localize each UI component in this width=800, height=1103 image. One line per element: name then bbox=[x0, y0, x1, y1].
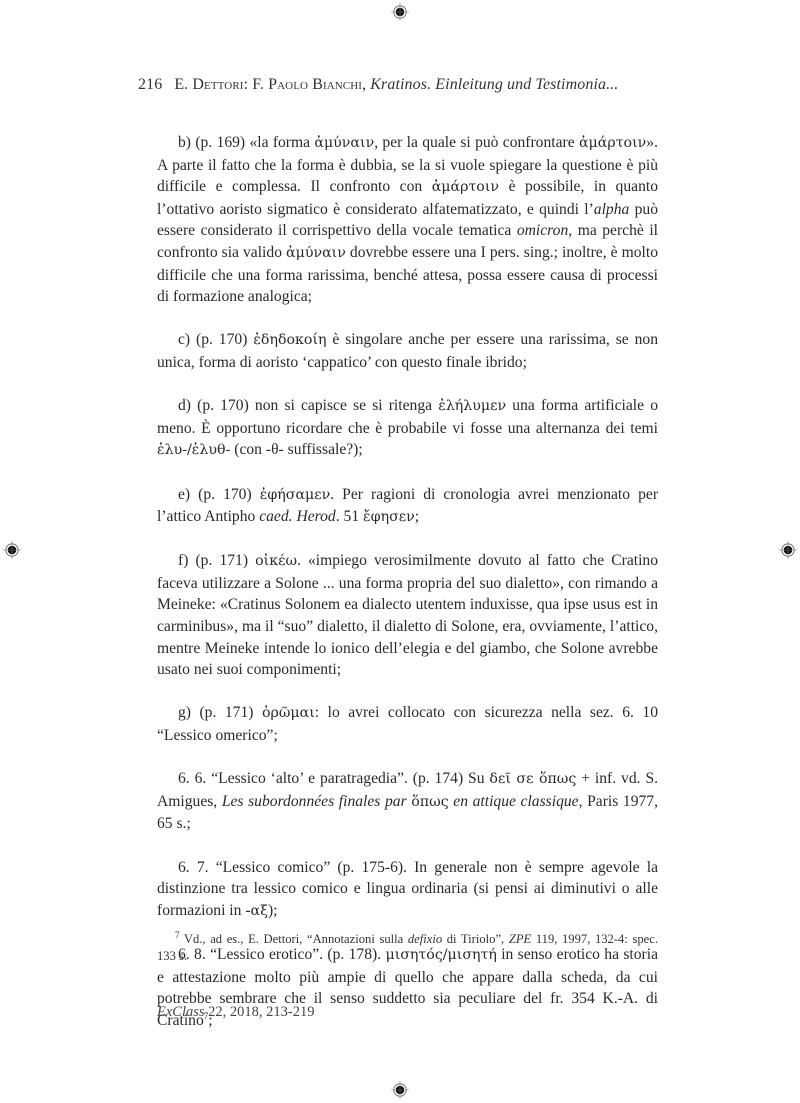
book-title: Kratinos. Einleitung und Testimonia... bbox=[370, 76, 618, 93]
registration-mark-icon bbox=[391, 1081, 409, 1099]
text-run: . 51 bbox=[336, 508, 363, 525]
text-run: , per la quale si può confrontare bbox=[374, 134, 579, 151]
text-run: f) (p. 171) bbox=[178, 552, 255, 569]
reviewed-author-last: Bianchi bbox=[312, 76, 362, 93]
paragraph-6-7: 6. 7. “Lessico comico” (p. 175-6). In ge… bbox=[157, 857, 658, 923]
greek-term: αξ bbox=[251, 903, 268, 919]
paragraph-c: c) (p. 170) ἐδηδοκοίη è singolare anche … bbox=[157, 329, 658, 373]
text-run: 6. 7. “Lessico comico” (p. 175-6). In ge… bbox=[157, 859, 658, 919]
italic-text: ZPE bbox=[509, 932, 531, 946]
greek-term: ἐλήλυμεν bbox=[438, 398, 506, 414]
text-run: Vd., ad es., E. Dettori, “Annotazioni su… bbox=[180, 932, 408, 946]
footnote: 7 Vd., ad es., E. Dettori, “Annotazioni … bbox=[157, 931, 658, 965]
author-initial: E. bbox=[174, 76, 192, 93]
text-run: g) (p. 171) bbox=[178, 704, 262, 721]
paragraph-g: g) (p. 171) ὁρῶμαι: lo avrei collocato c… bbox=[157, 702, 658, 746]
body-text: b) (p. 169) «la forma ἀμύναιν, per la qu… bbox=[157, 132, 658, 1053]
italic-text: Les subordonnées finales par bbox=[222, 793, 411, 810]
greek-term: ἐλυ-/ἐλυθ- bbox=[157, 442, 230, 458]
greek-term: ἁμάρτοιν bbox=[432, 179, 499, 195]
greek-term: ἁμάρτοιν bbox=[579, 135, 646, 151]
journal-citation: 22, 2018, 213-219 bbox=[205, 1004, 315, 1020]
greek-term: ἐφήσαμεν bbox=[260, 487, 331, 503]
greek-term: ἐδηδοκοίη bbox=[253, 332, 326, 348]
text-run: (con -θ- suffissale?); bbox=[230, 441, 362, 458]
text-run: e) (p. 170) bbox=[178, 486, 260, 503]
journal-footer: ExClass 22, 2018, 213-219 bbox=[157, 1004, 315, 1021]
italic-text: defixio bbox=[408, 932, 442, 946]
paragraph-b: b) (p. 169) «la forma ἀμύναιν, per la qu… bbox=[157, 132, 658, 308]
italic-text: omicron bbox=[517, 222, 568, 239]
italic-text: caed. Herod bbox=[259, 508, 336, 525]
text-run: . «impiego verosimilmente dovuto al fatt… bbox=[157, 552, 658, 678]
reviewed-author-first: Paolo bbox=[268, 76, 308, 93]
text-run: di Tiriolo”, bbox=[442, 932, 509, 946]
paragraph-e: e) (p. 170) ἐφήσαμεν. Per ragioni di cro… bbox=[157, 484, 658, 529]
paragraph-d: d) (p. 170) non si capisce se si ritenga… bbox=[157, 395, 658, 462]
paragraph-6-6: 6. 6. “Lessico ‘alto’ e paratragedia”. (… bbox=[157, 768, 658, 835]
running-head: 216E. Dettori: F. Paolo Bianchi, Kratino… bbox=[138, 76, 618, 94]
greek-term: ἀμύναιν bbox=[286, 245, 346, 261]
greek-term: ὁρῶμαι bbox=[262, 705, 315, 721]
greek-term: οἰκέω bbox=[255, 553, 297, 569]
registration-mark-icon bbox=[779, 541, 797, 559]
greek-term: ἔφησεν bbox=[363, 509, 415, 525]
registration-mark-icon bbox=[3, 541, 21, 559]
page-number: 216 bbox=[138, 76, 162, 93]
paragraph-f: f) (p. 171) οἰκέω. «impiego verosimilmen… bbox=[157, 550, 658, 681]
journal-name: ExClass bbox=[157, 1004, 205, 1020]
text-run: ); bbox=[268, 902, 278, 919]
text-run: c) (p. 170) bbox=[178, 331, 253, 348]
registration-mark-icon bbox=[391, 3, 409, 21]
italic-text: alpha bbox=[594, 201, 630, 218]
text-run: ; bbox=[415, 508, 419, 525]
italic-text: en attique classique bbox=[449, 793, 579, 810]
greek-term: δεῖ σε ὅπως bbox=[489, 771, 576, 787]
greek-term: ἀμύναιν bbox=[314, 135, 374, 151]
text-run: d) (p. 170) non si capisce se si ritenga bbox=[178, 397, 438, 414]
author-name: Dettori bbox=[192, 76, 243, 93]
text-run: 6. 6. “Lessico ‘alto’ e paratragedia”. (… bbox=[178, 770, 489, 787]
greek-term: ὅπως bbox=[411, 794, 448, 810]
header-separator: : F. bbox=[244, 76, 269, 93]
text-run: b) (p. 169) «la forma bbox=[178, 134, 314, 151]
